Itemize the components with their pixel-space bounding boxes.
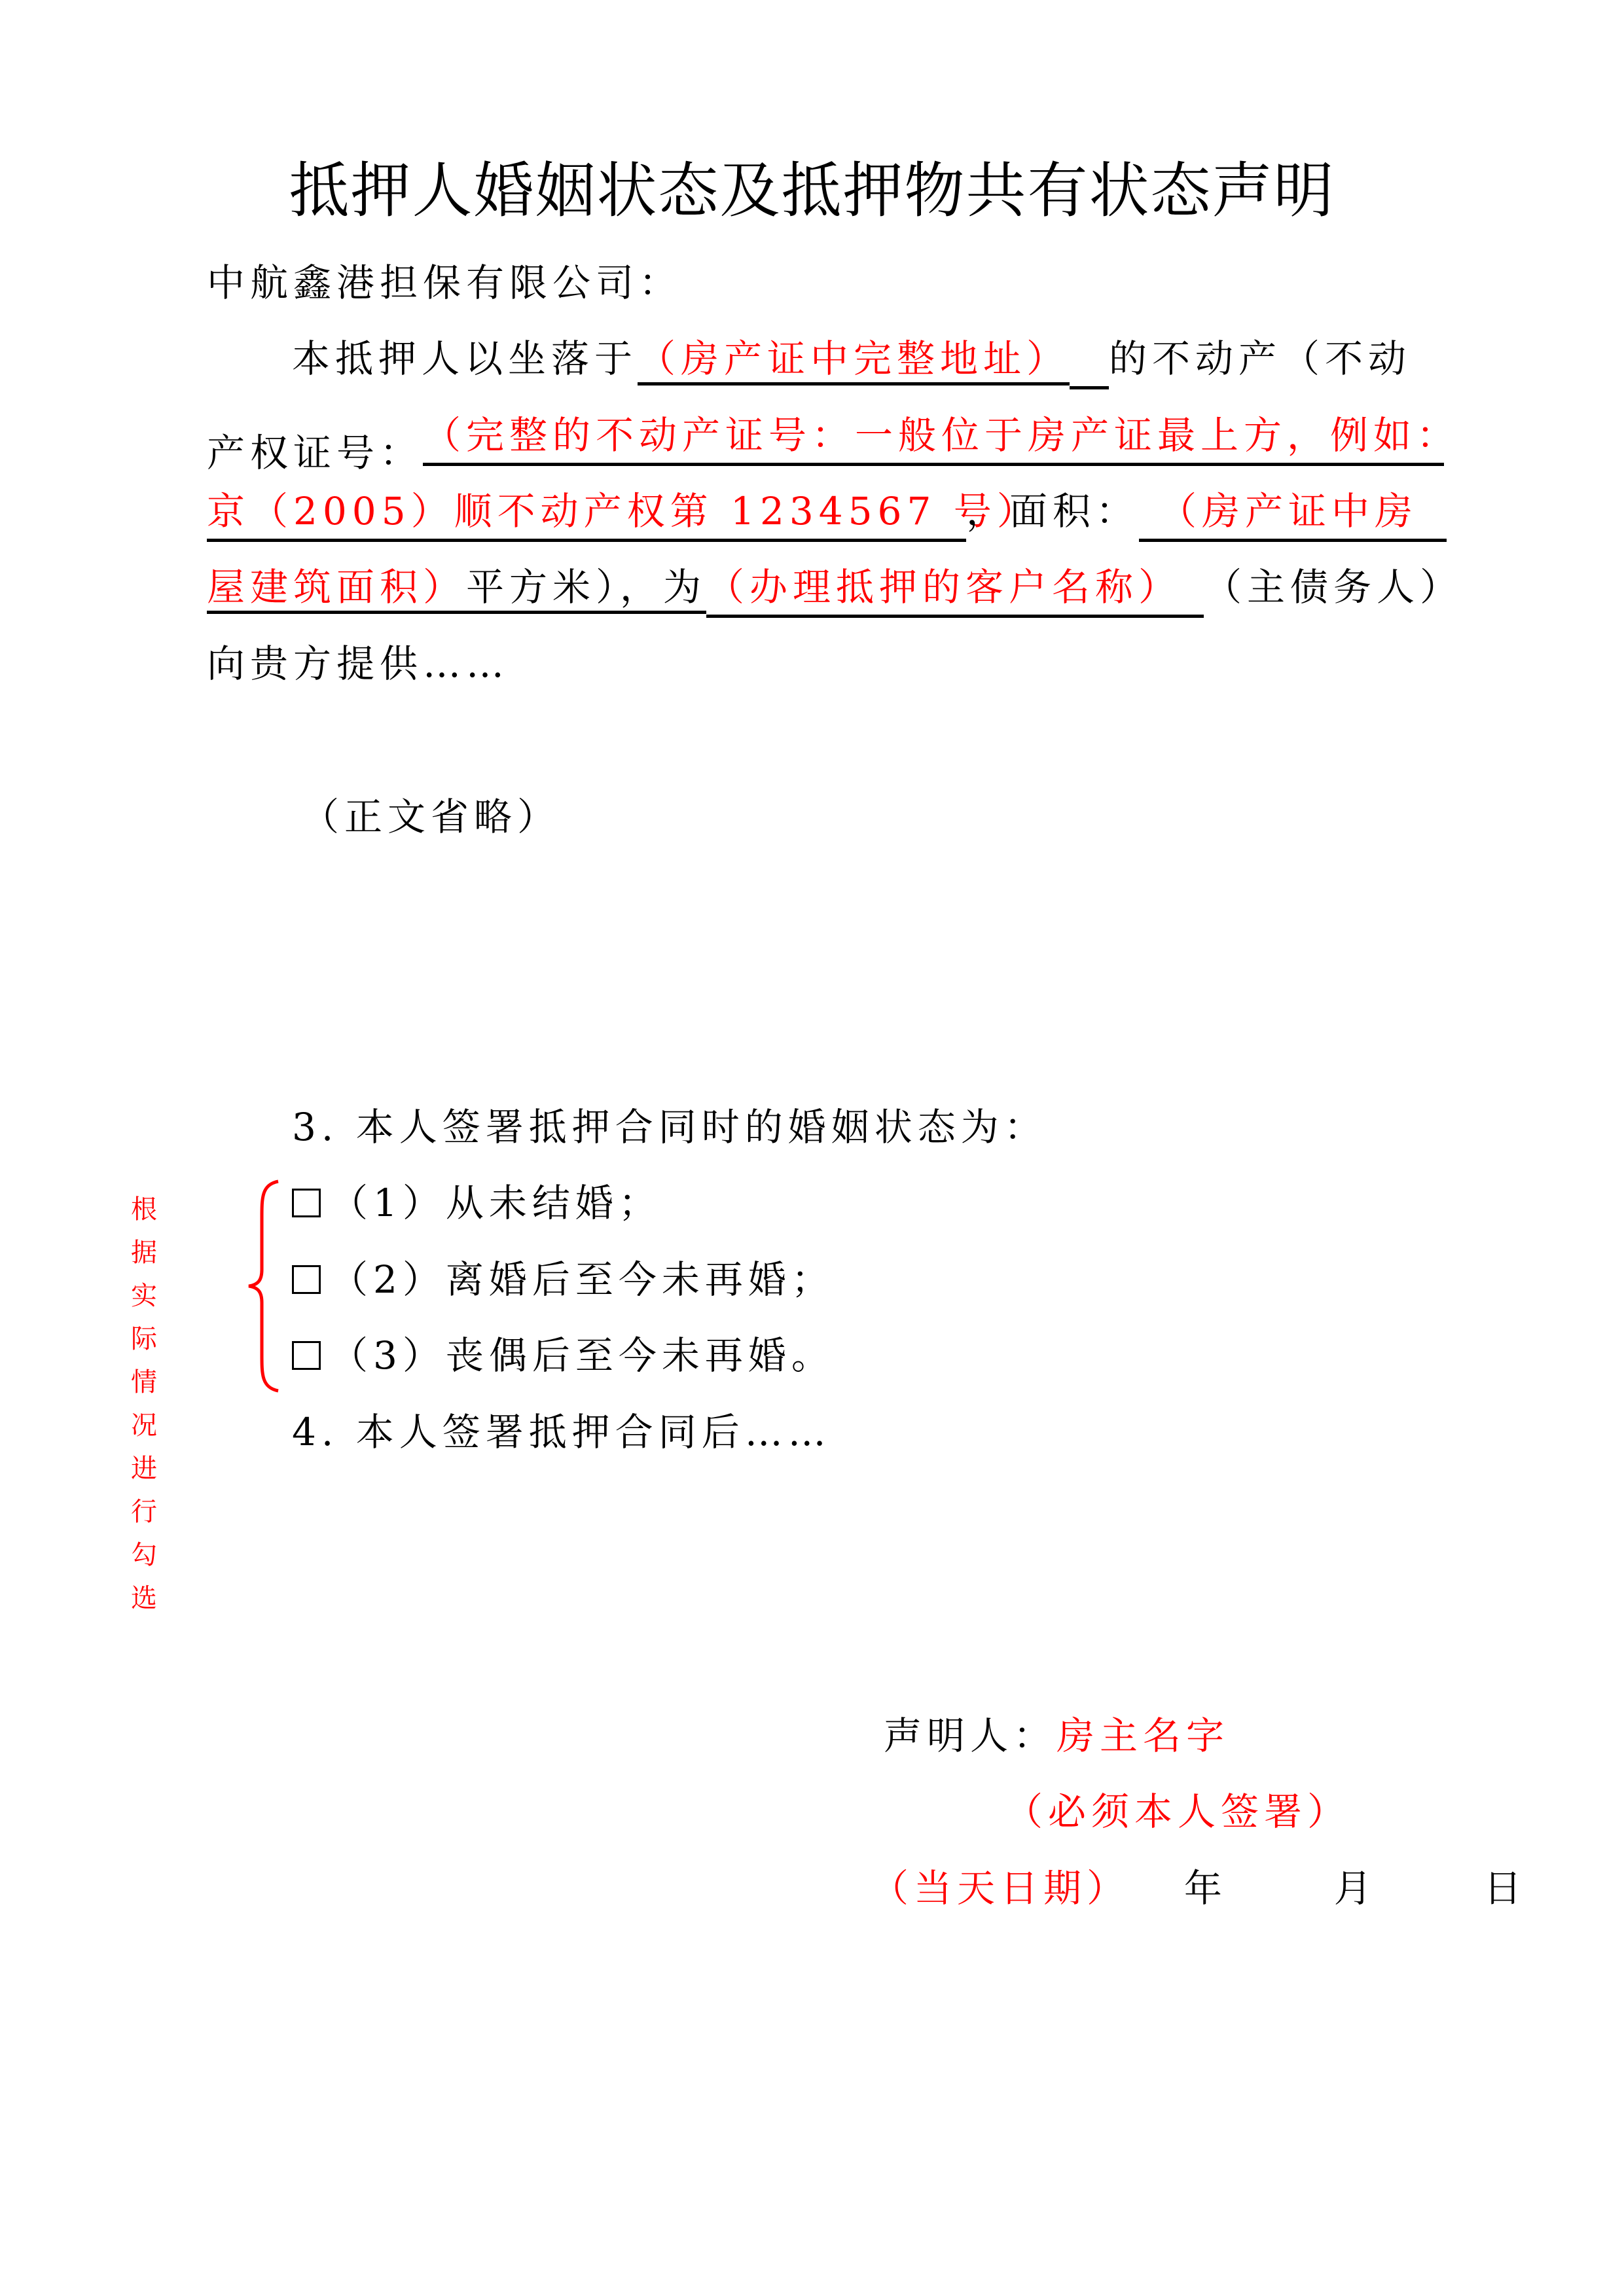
address-field[interactable]: （房产证中完整地址） <box>638 336 1070 386</box>
text-prefix: 本抵押人以坐落于 <box>292 336 638 381</box>
area-field[interactable]: （房产证中房 <box>1139 485 1447 542</box>
day-label: 日 <box>1484 1866 1527 1910</box>
paragraph-line-3: 京（2005）顺不动产权第 1234567 号），面积：（房产证中房 <box>207 485 1447 542</box>
clause3-heading: 3. 本人签署抵押合同时的婚姻状态为： <box>292 1101 1047 1153</box>
declarant-label: 声明人： <box>884 1713 1056 1758</box>
debtor-name-field[interactable]: （办理抵押的客户名称） <box>706 561 1204 618</box>
option-label: （2）离婚后至今未再婚； <box>330 1257 835 1302</box>
cert-number-field[interactable]: （完整的不动产证号：一般位于房产证最上方，例如： <box>423 409 1444 466</box>
area-unit: 平方米），为 <box>466 565 706 609</box>
addressee: 中航鑫港担保有限公司： <box>207 257 682 309</box>
debtor-role: （主债务人） <box>1204 565 1463 609</box>
date-field[interactable]: （当天日期） <box>871 1866 1130 1910</box>
marital-option-3[interactable]: （3）丧偶后至今未再婚。 <box>292 1329 835 1382</box>
document-title: 抵押人婚姻状态及抵押物共有状态声明 <box>0 152 1624 230</box>
omitted-note: （正文省略） <box>301 791 560 843</box>
marital-option-2[interactable]: （2）离婚后至今未再婚； <box>292 1253 835 1306</box>
month-label: 月 <box>1334 1866 1377 1910</box>
checkbox-widowed[interactable] <box>292 1341 321 1370</box>
underline-pad <box>1070 332 1109 389</box>
paragraph-line-5: 向贵方提供…… <box>207 637 509 690</box>
option-label: （3）丧偶后至今未再婚。 <box>330 1333 835 1378</box>
year-label: 年 <box>1184 1866 1227 1910</box>
sign-note: （必须本人签署） <box>1005 1785 1350 1838</box>
paragraph-line-4: 屋建筑面积）平方米），为（办理抵押的客户名称）（主债务人） <box>207 561 1463 618</box>
selection-hint-note: 根据实际情况进行勾选 <box>131 1188 209 1620</box>
area-label: ，面积： <box>966 489 1139 533</box>
checkbox-never-married[interactable] <box>292 1189 321 1217</box>
clause4: 4. 本人签署抵押合同后…… <box>292 1406 831 1458</box>
marital-option-1[interactable]: （1）从未结婚； <box>292 1177 662 1229</box>
paragraph-line-1: 本抵押人以坐落于（房产证中完整地址） 的不动产（不动 <box>292 332 1411 389</box>
curly-brace-icon <box>245 1178 285 1394</box>
paragraph-line-2: 产权证号：（完整的不动产证号：一般位于房产证最上方，例如： <box>207 409 1444 479</box>
text-suffix: 的不动产（不动 <box>1109 336 1411 381</box>
area-field-cont-text: 屋建筑面积） <box>207 565 466 609</box>
checkbox-divorced[interactable] <box>292 1265 321 1294</box>
declarant-line: 声明人：房主名字 <box>884 1710 1229 1762</box>
cert-label: 产权证号： <box>207 431 423 475</box>
declarant-name-field[interactable]: 房主名字 <box>1056 1713 1229 1758</box>
date-line: （当天日期） 年 月 日 <box>871 1862 1527 1914</box>
option-label: （1）从未结婚； <box>330 1181 662 1225</box>
area-field-cont[interactable]: 屋建筑面积）平方米），为 <box>207 565 706 614</box>
cert-number-field-cont[interactable]: 京（2005）顺不动产权第 1234567 号） <box>207 485 966 542</box>
